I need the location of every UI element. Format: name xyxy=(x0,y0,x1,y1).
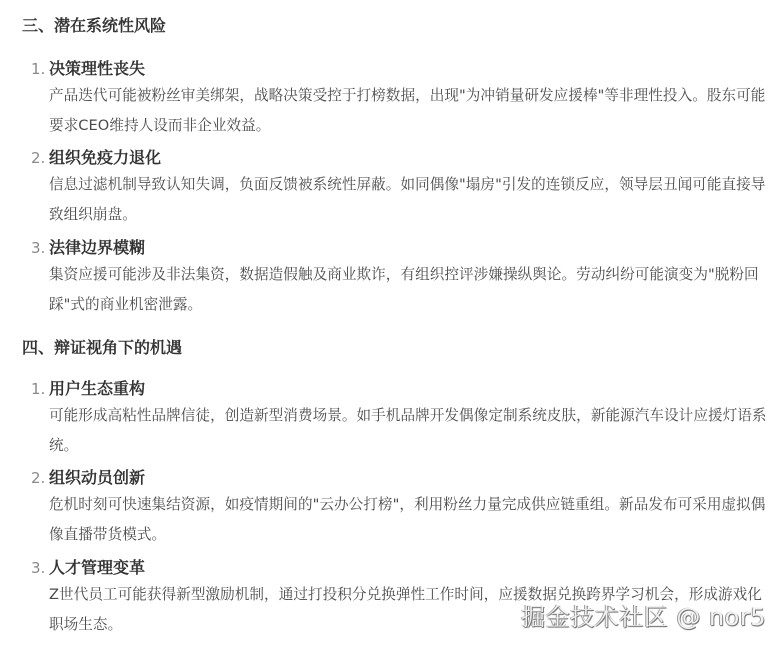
list-item-body: 集资应援可能涉及非法集资，数据造假触及商业欺诈，有组织控评涉嫌操纵舆论。劳动纠纷… xyxy=(49,260,771,320)
list-number: 1. xyxy=(31,58,45,80)
list-item-title: 组织动员创新 xyxy=(49,467,145,489)
section-heading-risks: 三、潜在系统性风险 xyxy=(22,15,166,37)
watermark: 掘金技术社区 @ nor5 xyxy=(521,597,766,632)
list-item-title: 人才管理变革 xyxy=(49,557,145,579)
list-item-title: 决策理性丧失 xyxy=(49,58,145,80)
list-item-title: 法律边界模糊 xyxy=(49,237,145,259)
section-heading-opportunities: 四、辩证视角下的机遇 xyxy=(22,337,182,359)
list-number: 2. xyxy=(31,467,45,489)
list-number: 2. xyxy=(31,147,45,169)
list-number: 3. xyxy=(31,237,45,259)
list-item-body: 可能形成高粘性品牌信徒，创造新型消费场景。如手机品牌开发偶像定制系统皮肤，新能源… xyxy=(49,401,771,461)
list-item-body: 产品迭代可能被粉丝审美绑架，战略决策受控于打榜数据，出现"为冲销量研发应援棒"等… xyxy=(49,81,771,141)
list-item-title: 用户生态重构 xyxy=(49,378,145,400)
list-item-body: 危机时刻可快速集结资源，如疫情期间的"云办公打榜"，利用粉丝力量完成供应链重组。… xyxy=(49,490,771,550)
list-number: 1. xyxy=(31,378,45,400)
list-number: 3. xyxy=(31,557,45,579)
list-item-body: 信息过滤机制导致认知失调，负面反馈被系统性屏蔽。如同偶像"塌房"引发的连锁反应，… xyxy=(49,170,771,230)
list-item-title: 组织免疫力退化 xyxy=(49,147,161,169)
